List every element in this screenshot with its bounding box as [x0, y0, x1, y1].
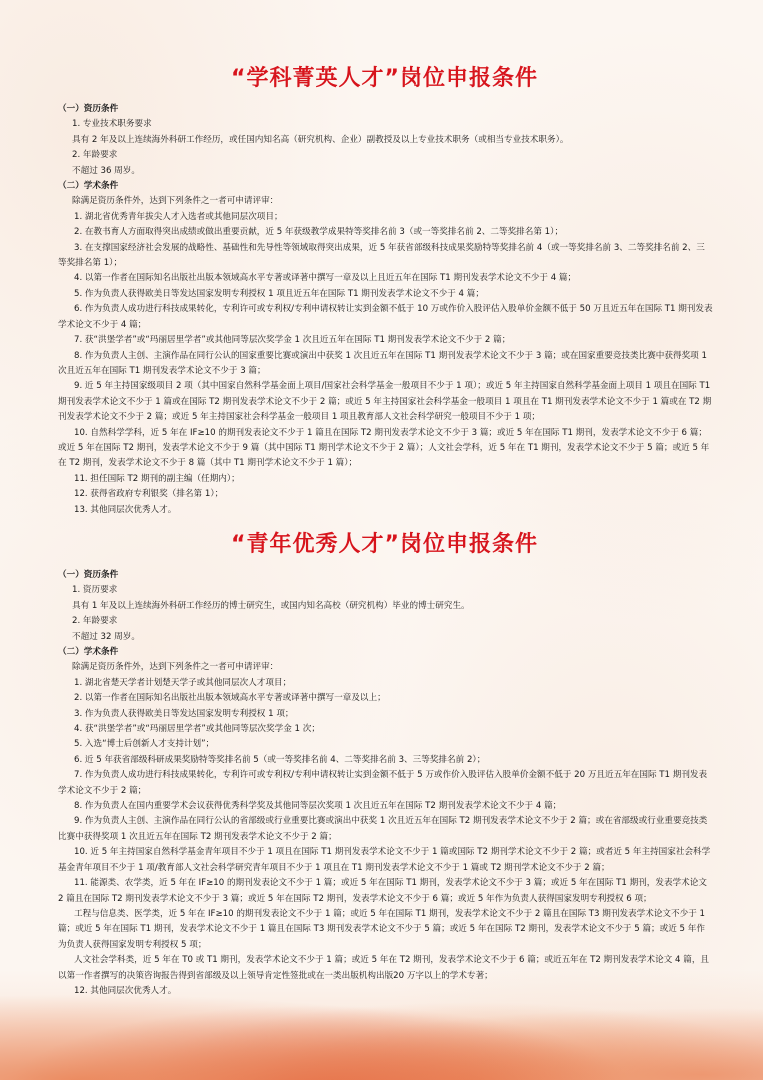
criterion-item: 6. 近 5 年获省部级科研成果奖励特等奖排名前 5（或一等奖排名前 4、二等奖…: [58, 753, 713, 768]
qualification-item-text: 具有 2 年及以上连续海外科研工作经历，或任国内知名高（研究机构、企业）副教授及…: [56, 133, 713, 148]
criterion-item: 10. 近 5 年主持国家自然科学基金青年项目不少于 1 项且在国际 T1 期刊…: [58, 845, 713, 876]
section-title: “学科菁英人才”岗位申报条件: [56, 0, 713, 94]
section-qingnian-youxiu: “青年优秀人才”岗位申报条件 （一）资历条件 1. 资历要求 具有 1 年及以上…: [56, 518, 713, 999]
section-xueke-jingying: “学科菁英人才”岗位申报条件 （一）资历条件 1. 专业技术职务要求 具有 2 …: [56, 0, 713, 518]
qualification-item-label: 1. 资历要求: [56, 583, 713, 598]
criterion-item: 10. 自然科学学科，近 5 年在 IF≥10 的期刊发表论文不少于 1 篇且在…: [58, 426, 713, 472]
qualification-item-label: 2. 年龄要求: [56, 148, 713, 163]
criterion-item: 12. 获得省政府专利银奖（排名第 1）；: [58, 487, 713, 502]
criterion-item: 2. 在教书育人方面取得突出成绩或做出重要贡献，近 5 年获级教学成果特等奖排名…: [58, 225, 713, 240]
academic-heading: （二）学术条件: [56, 179, 713, 194]
criterion-item: 8. 作为负责人主创、主演作品在同行公认的国家重要比赛或演出中获奖 1 次且近五…: [58, 349, 713, 380]
criterion-item: 工程与信息类、医学类，近 5 年在 IF≥10 的期刊发表论文不少于 1 篇；或…: [58, 907, 713, 953]
criterion-item: 13. 其他同层次优秀人才。: [58, 503, 713, 518]
qualification-item-text: 具有 1 年及以上连续海外科研工作经历的博士研究生，或国内知名高校（研究机构）毕…: [56, 599, 713, 614]
criterion-item: 7. 作为负责人成功进行科技成果转化，专利许可或专利权/专利申请权转让实到金额不…: [58, 768, 713, 799]
qualification-item-label: 1. 专业技术职务要求: [56, 117, 713, 132]
qualification-item-text: 不超过 36 周岁。: [56, 164, 713, 179]
qualification-item-label: 2. 年龄要求: [56, 614, 713, 629]
criterion-item: 人文社会学科类，近 5 年在 T0 或 T1 期刊，发表学术论文不少于 1 篇；…: [58, 953, 713, 984]
criterion-item: 7. 获“洪堡学者”或“玛丽居里学者”或其他同等层次奖学金 1 次且近五年在国际…: [58, 333, 713, 348]
criterion-item: 2. 以第一作者在国际知名出版社出版本领域高水平专著或译著中撰写一章及以上；: [58, 691, 713, 706]
section-title: “青年优秀人才”岗位申报条件: [56, 518, 713, 560]
criterion-item: 9. 作为负责人主创、主演作品在同行公认的省部级或行业重要比赛或演出中获奖 1 …: [58, 814, 713, 845]
criterion-item: 6. 作为负责人成功进行科技成果转化，专利许可或专利权/专利申请权转让实到金额不…: [58, 302, 713, 333]
criterion-item: 9. 近 5 年主持国家级项目 2 项（其中国家自然科学基金面上项目/国家社会科…: [58, 379, 713, 425]
criterion-item: 11. 能源类、农学类，近 5 年在 IF≥10 的期刊发表论文不少于 1 篇；…: [58, 876, 713, 907]
criterion-item: 5. 作为负责人获得欧美日等发达国家发明专利授权 1 项且近五年在国际 T1 期…: [58, 287, 713, 302]
criterion-item: 1. 湖北省楚天学者计划楚天学子或其他同层次人才项目；: [58, 676, 713, 691]
criterion-item: 3. 在支撑国家经济社会发展的战略性、基础性和先导性等领域取得突出成果，近 5 …: [58, 241, 713, 272]
academic-criteria-list: 1. 湖北省优秀青年拔尖人才入选者或其他同层次项目； 2. 在教书育人方面取得突…: [58, 210, 713, 518]
qualification-heading: （一）资历条件: [56, 102, 713, 117]
academic-criteria-list: 1. 湖北省楚天学者计划楚天学子或其他同层次人才项目； 2. 以第一作者在国际知…: [58, 676, 713, 1000]
criterion-item: 8. 作为负责人在国内重要学术会议获得优秀科学奖及其他同等层次奖项 1 次且近五…: [58, 799, 713, 814]
document-page: “学科菁英人才”岗位申报条件 （一）资历条件 1. 专业技术职务要求 具有 2 …: [0, 0, 763, 999]
criterion-item: 11. 担任国际 T2 期刊的副主编（任期内）；: [58, 472, 713, 487]
criterion-item: 12. 其他同层次优秀人才。: [58, 984, 713, 999]
criterion-item: 5. 入选“博士后创新人才支持计划”；: [58, 737, 713, 752]
criterion-item: 1. 湖北省优秀青年拔尖人才入选者或其他同层次项目；: [58, 210, 713, 225]
academic-intro: 除满足资历条件外，达到下列条件之一者可申请评审：: [56, 660, 713, 675]
qualification-heading: （一）资历条件: [56, 568, 713, 583]
criterion-item: 3. 作为负责人获得欧美日等发达国家发明专利授权 1 项；: [58, 707, 713, 722]
academic-heading: （二）学术条件: [56, 645, 713, 660]
criterion-item: 4. 获“洪堡学者”或“玛丽居里学者”或其他同等层次奖学金 1 次；: [58, 722, 713, 737]
academic-intro: 除满足资历条件外，达到下列条件之一者可申请评审：: [56, 194, 713, 209]
qualification-item-text: 不超过 32 周岁。: [56, 630, 713, 645]
criterion-item: 4. 以第一作者在国际知名出版社出版本领域高水平专著或译著中撰写一章及以上且近五…: [58, 271, 713, 286]
